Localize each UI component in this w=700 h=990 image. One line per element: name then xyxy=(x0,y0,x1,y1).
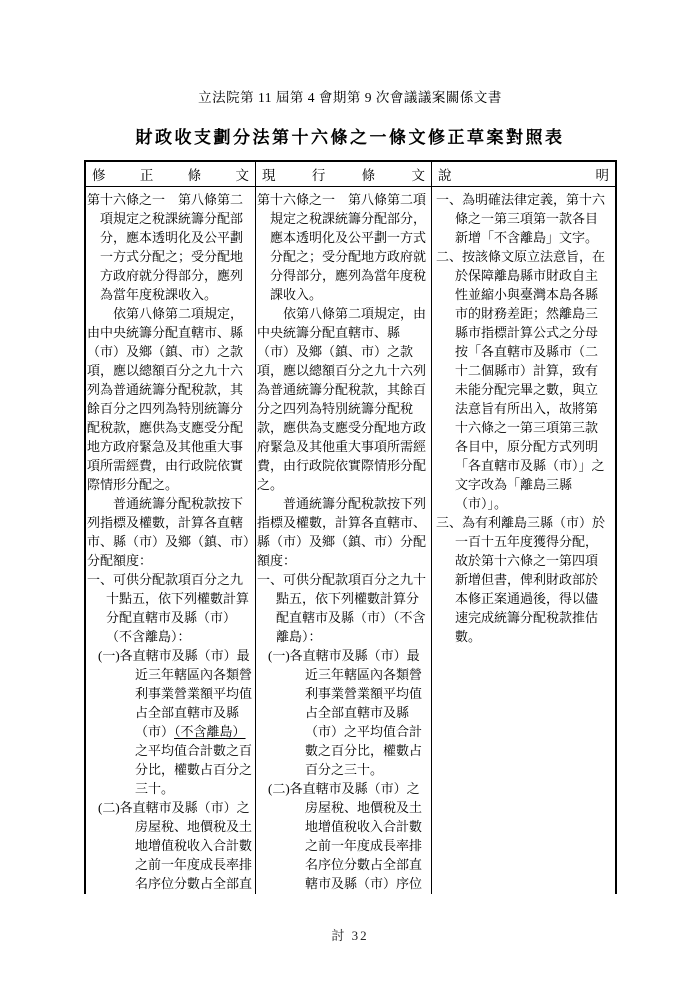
header-char: 正 xyxy=(140,164,154,184)
text-segment: 普通統籌分配稅款按下列指標及權數，計算各直轄市、縣（市）及鄉（鎮、市）分配額度： xyxy=(87,496,250,568)
paragraph: 一、可供分配款項百分之九十點五，依下列權數計算分配直轄市及縣（市）（不含離島）： xyxy=(257,570,431,646)
paragraph: 依第八條第二項規定，由中央統籌分配直轄市、縣（市）及鄉（鎮、市）之款項，應以總額… xyxy=(257,304,431,494)
paragraph: 一、為明確法律定義，第十六條之一第三項第一款各目新增「不含離島」文字。 xyxy=(436,190,609,247)
paragraph: 一、可供分配款項百分之九十點五，依下列權數計算分配直轄市及縣（市）（不含離島）： xyxy=(87,570,255,646)
header-char: 明 xyxy=(596,164,610,184)
text-segment: (二)各直轄市及縣（市）之房屋稅、地價稅及土地增值稅收入合計數之前一年度成長率排… xyxy=(268,781,422,894)
header-char: 現 xyxy=(262,164,276,184)
page-number: 討 32 xyxy=(0,925,700,944)
text-segment: (二)各直轄市及縣（市）之房屋稅、地價稅及土地增值稅收入合計數之前一年度成長率排… xyxy=(98,800,252,894)
amended-text-column: 第十六條之一 第八條第二項規定之稅課統籌分配部分，應本透明化及公平劃一方式分配之… xyxy=(86,187,255,894)
text-segment: 依第八條第二項規定，由中央統籌分配直轄市、縣（市）及鄉（鎮、市）之款項，應以總額… xyxy=(257,306,426,492)
text-segment: 之平均值合計數之百分比，權數占百分之三十。 xyxy=(135,743,252,796)
header-char: 修 xyxy=(92,164,106,184)
header-char: 行 xyxy=(312,164,326,184)
paragraph: 二、按該條文原立法意旨，在於保障離島縣市財政自主性並縮小與臺灣本島各縣市的財務差… xyxy=(436,247,609,513)
column-header-current: 現行條文 xyxy=(255,162,431,186)
paragraph: 三、為有利離島三縣（市）於一百十五年度獲得分配，故於第十六條之一第四項新增但書，… xyxy=(436,513,609,646)
paragraph: 普通統籌分配稅款按下列指標及權數，計算各直轄市、縣（市）及鄉（鎮、市）分配額度： xyxy=(87,494,255,570)
paragraph: (一)各直轄市及縣（市）最近三年轄區內各類營利事業營業額平均值占全部直轄市及縣（… xyxy=(257,646,431,779)
text-segment: 二、按該條文原立法意旨，在於保障離島縣市財政自主性並縮小與臺灣本島各縣市的財務差… xyxy=(436,249,605,511)
header-char: 條 xyxy=(188,164,202,184)
page-title: 財政收支劃分法第十六條之一條文修正草案對照表 xyxy=(0,123,700,148)
current-text-column: 第十六條之一 第八條第二項規定之稅課統籌分配部分，應本透明化及公平劃一方式分配之… xyxy=(255,187,431,894)
text-segment: 第十六條之一 第八條第二項規定之稅課統籌分配部分，應本透明化及公平劃一方式分配之… xyxy=(87,192,243,302)
paragraph: (一)各直轄市及縣（市）最近三年轄區內各類營利事業營業額平均值占全部直轄市及縣（… xyxy=(87,646,255,798)
text-segment: 一、為明確法律定義，第十六條之一第三項第一款各目新增「不含離島」文字。 xyxy=(436,192,605,245)
text-segment: 普通統籌分配稅款按下列指標及權數，計算各直轄市、縣（市）及鄉（鎮、市）分配額度： xyxy=(257,496,426,568)
paragraph: (二)各直轄市及縣（市）之房屋稅、地價稅及土地增值稅收入合計數之前一年度成長率排… xyxy=(257,779,431,894)
paragraph: (二)各直轄市及縣（市）之房屋稅、地價稅及土地增值稅收入合計數之前一年度成長率排… xyxy=(87,798,255,894)
column-header-explanation: 說明 xyxy=(431,162,615,186)
text-segment: 一、可供分配款項百分之九十點五，依下列權數計算分配直轄市及縣（市）（不含離島）： xyxy=(257,572,426,644)
column-header-amended: 修正條文 xyxy=(86,162,255,186)
header-char: 說 xyxy=(438,164,452,184)
text-segment: 一、可供分配款項百分之九十點五，依下列權數計算分配直轄市及縣（市）（不含離島）： xyxy=(87,572,249,644)
document-header: 立法院第 11 屆第 4 會期第 9 次會議議案關係文書 xyxy=(0,86,700,106)
text-segment: 第十六條之一 第八條第二項規定之稅課統籌分配部分，應本透明化及公平劃一方式分配之… xyxy=(257,192,426,302)
paragraph: 第十六條之一 第八條第二項規定之稅課統籌分配部分，應本透明化及公平劃一方式分配之… xyxy=(87,190,255,304)
document-page: 立法院第 11 屆第 4 會期第 9 次會議議案關係文書 財政收支劃分法第十六條… xyxy=(0,0,700,990)
text-segment: 三、為有利離島三縣（市）於一百十五年度獲得分配，故於第十六條之一第四項新增但書，… xyxy=(436,515,605,644)
table-body-row: 第十六條之一 第八條第二項規定之稅課統籌分配部分，應本透明化及公平劃一方式分配之… xyxy=(86,187,615,894)
header-char: 條 xyxy=(362,164,376,184)
text-segment: 依第八條第二項規定，由中央統籌分配直轄市、縣（市）及鄉（鎮、市）之款項，應以總額… xyxy=(87,306,243,492)
added-text-underlined: （不含離島） xyxy=(174,724,246,739)
header-char: 文 xyxy=(411,164,425,184)
header-char: 文 xyxy=(235,164,249,184)
comparison-table: 修正條文 現行條文 說明 第十六條之一 第八條第二項規定之稅課統籌分配部分，應本… xyxy=(84,160,617,894)
paragraph: 第十六條之一 第八條第二項規定之稅課統籌分配部分，應本透明化及公平劃一方式分配之… xyxy=(257,190,431,304)
paragraph: 普通統籌分配稅款按下列指標及權數，計算各直轄市、縣（市）及鄉（鎮、市）分配額度： xyxy=(257,494,431,570)
text-segment: (一)各直轄市及縣（市）最近三年轄區內各類營利事業營業額平均值占全部直轄市及縣（… xyxy=(268,648,422,777)
explanation-column: 一、為明確法律定義，第十六條之一第三項第一款各目新增「不含離島」文字。二、按該條… xyxy=(431,187,615,894)
paragraph: 依第八條第二項規定，由中央統籌分配直轄市、縣（市）及鄉（鎮、市）之款項，應以總額… xyxy=(87,304,255,494)
table-header-row: 修正條文 現行條文 說明 xyxy=(86,162,615,187)
